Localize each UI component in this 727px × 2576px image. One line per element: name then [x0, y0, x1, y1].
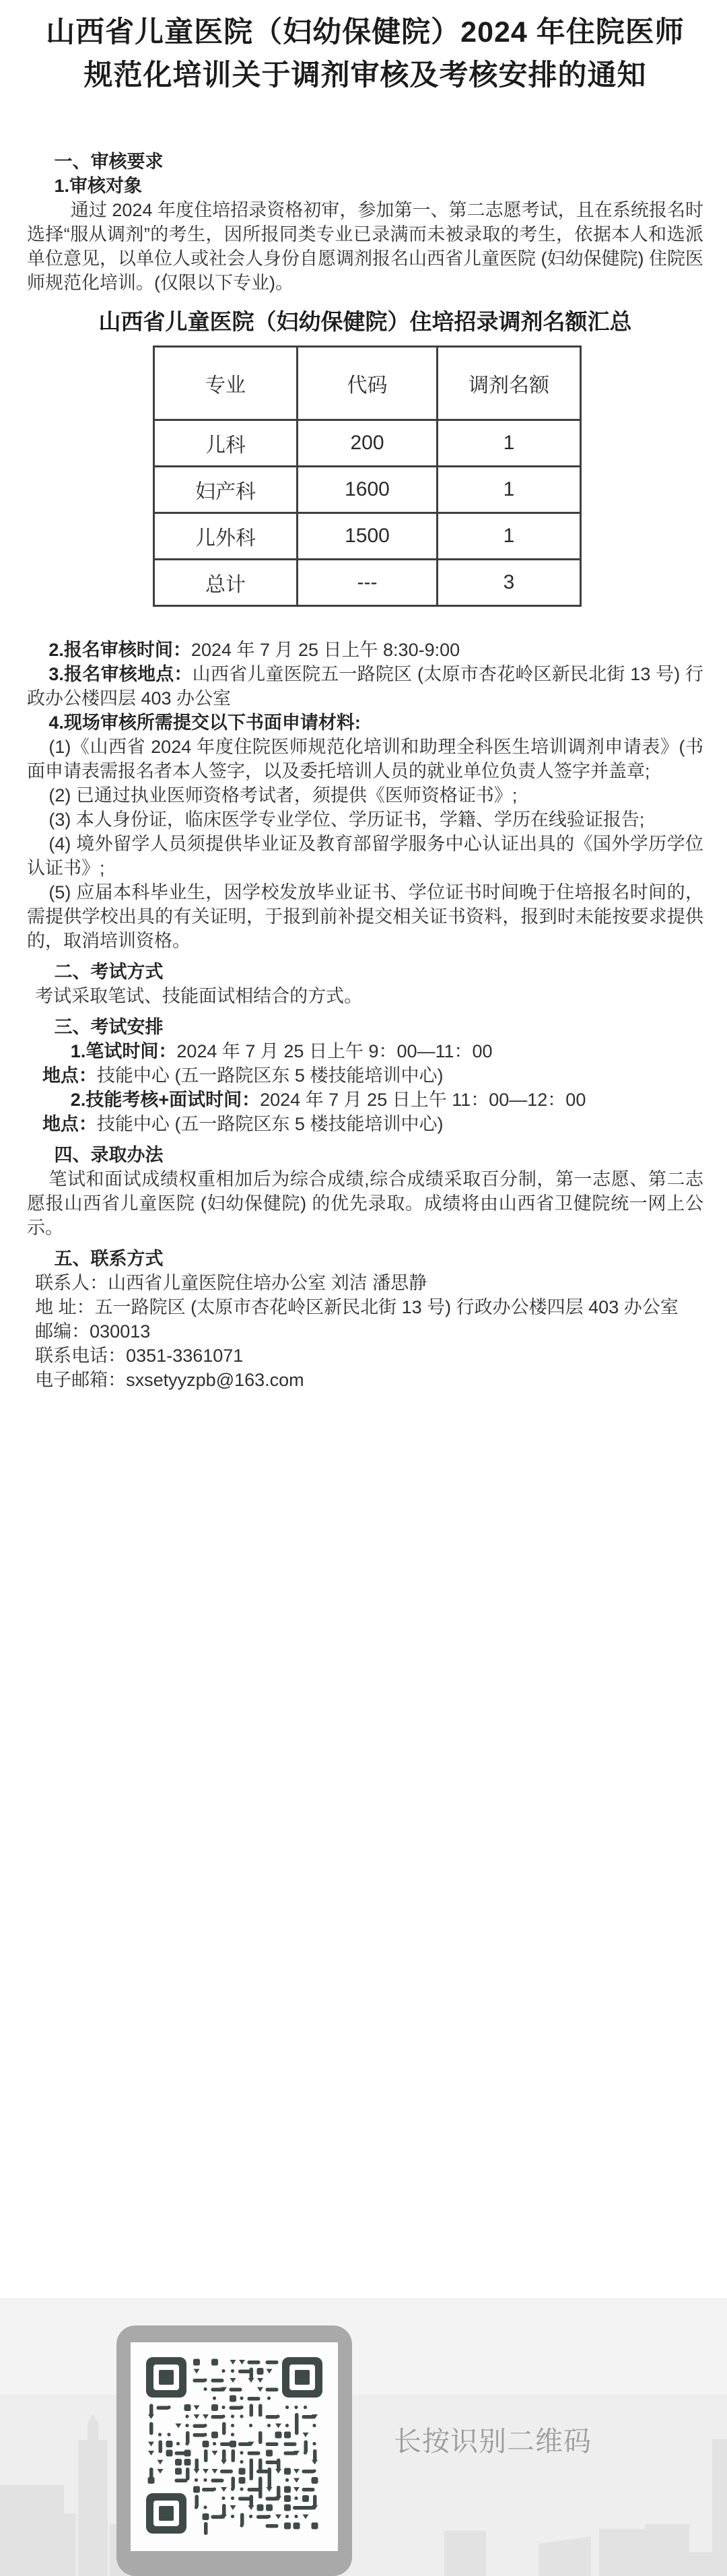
doc-paragraph: 地 址：五一路院区 (太原市杏花岭区新民北街 13 号) 行政办公楼四层 403… [27, 1295, 703, 1319]
qr-footer-banner: 长按识别二维码 [0, 2298, 727, 2576]
field-label: 2.报名审核时间： [48, 640, 191, 660]
doc-paragraph: 考试采取笔试、技能面试相结合的方式。 [27, 984, 703, 1008]
section-heading: 一、审核要求 [27, 150, 703, 174]
footer-top-band [0, 2298, 727, 2396]
section-heading: 二、考试方式 [27, 960, 703, 984]
field-text: 2024 年 7 月 25 日上午 9：00—11：00 [176, 1041, 492, 1061]
table-cell: 1600 [298, 467, 438, 513]
table-row: 儿科2001 [154, 420, 581, 467]
field-text: 2024 年 7 月 25 日上午 8:30-9:00 [191, 640, 460, 660]
field-text: 三、考试安排 [55, 1017, 164, 1037]
field-label: 2.技能考核+面试时间： [71, 1090, 260, 1110]
table-cell: 儿科 [154, 420, 298, 467]
table-cell: 3 [438, 560, 581, 606]
table-cell: 儿外科 [154, 513, 298, 560]
field-label: 地点： [42, 1065, 97, 1086]
table-header-quota: 调剂名额 [438, 347, 581, 420]
labeled-line: 4.现场审核所需提交以下书面申请材料: [27, 711, 703, 735]
table-cell: 1 [438, 420, 581, 467]
table-cell: 总计 [154, 560, 298, 606]
field-text: (2) 已通过执业医师资格考试者，须提供《医师资格证书》; [48, 785, 517, 805]
doc-paragraph: 联系电话：0351-3361071 [27, 1344, 703, 1368]
notice-sections: 2.报名审核时间：2024 年 7 月 25 日上午 8:30-9:003.报名… [27, 638, 703, 1392]
doc-paragraph: 笔试和面试成绩权重相加后为综合成绩,综合成绩采取百分制，第一志愿、第二志愿报山西… [27, 1167, 703, 1240]
table-row: 总计---3 [154, 560, 581, 606]
table-header-row: 专业 代码 调剂名额 [154, 347, 581, 420]
field-label: 地点： [42, 1114, 97, 1134]
section-heading: 1.审核对象 [27, 174, 703, 198]
section-heading: 五、联系方式 [27, 1247, 703, 1271]
field-text: 笔试和面试成绩权重相加后为综合成绩,综合成绩采取百分制，第一志愿、第二志愿报山西… [27, 1169, 703, 1238]
field-text: 考试采取笔试、技能面试相结合的方式。 [35, 986, 362, 1006]
field-text: 1.审核对象 [55, 176, 143, 196]
qr-code[interactable] [143, 2354, 325, 2536]
doc-paragraph: (2) 已通过执业医师资格考试者，须提供《医师资格证书》; [27, 783, 703, 807]
field-text: (4) 境外留学人员须提供毕业证及教育部留学服务中心认证出具的《国外学历学位认证… [27, 834, 703, 878]
doc-paragraph: (4) 境外留学人员须提供毕业证及教育部留学服务中心认证出具的《国外学历学位认证… [27, 832, 703, 880]
table-cell: 妇产科 [154, 467, 298, 513]
doc-paragraph: 电子邮箱：sxsetyyzpb@163.com [27, 1368, 703, 1392]
field-text: 技能中心 (五一路院区东 5 楼技能培训中心) [97, 1065, 444, 1086]
field-text: 邮编：030013 [35, 1321, 150, 1342]
field-text: (3) 本人身份证，临床医学专业学位、学历证书，学籍、学历在线验证报告; [48, 810, 644, 830]
section-heading: 三、考试安排 [27, 1015, 703, 1039]
intro-section: 一、审核要求1.审核对象通过 2024 年度住培招录资格初审，参加第一、第二志愿… [27, 150, 703, 295]
field-text: 五、联系方式 [55, 1249, 164, 1269]
labeled-line: 地点：技能中心 (五一路院区东 5 楼技能培训中心) [27, 1112, 703, 1136]
labeled-line: 3.报名审核地点：山西省儿童医院五一路院区 (太原市杏花岭区新民北街 13 号)… [27, 662, 703, 711]
table-row: 儿外科15001 [154, 513, 581, 560]
table-caption: 山西省儿童医院（妇幼保健院）住培招录调剂名额汇总 [27, 304, 703, 336]
field-text: 技能中心 (五一路院区东 5 楼技能培训中心) [97, 1114, 444, 1134]
doc-paragraph: (5) 应届本科毕业生，因学校发放毕业证书、学位证书时间晚于住培报名时间的，需提… [27, 880, 703, 953]
labeled-line: 2.报名审核时间：2024 年 7 月 25 日上午 8:30-9:00 [27, 638, 703, 662]
field-text: 四、录取办法 [55, 1145, 164, 1165]
doc-paragraph: 联系人：山西省儿童医院住培办公室 刘洁 潘思静 [27, 1271, 703, 1295]
page-title-line2: 规范化培训关于调剂审核及考核安排的通知 [27, 54, 703, 97]
page-title-line1: 山西省儿童医院（妇幼保健院）2024 年住院医师 [27, 11, 703, 54]
doc-paragraph: 邮编：030013 [27, 1319, 703, 1344]
table-header-code: 代码 [298, 347, 438, 420]
table-row: 妇产科16001 [154, 467, 581, 513]
doc-paragraph: (3) 本人身份证，临床医学专业学位、学历证书，学籍、学历在线验证报告; [27, 807, 703, 832]
table-cell: 1 [438, 513, 581, 560]
doc-paragraph: 通过 2024 年度住培招录资格初审，参加第一、第二志愿考试，且在系统报名时选择… [27, 198, 703, 295]
field-text: (1)《山西省 2024 年度住院医师规范化培训和助理全科医生培训调剂申请表》(… [27, 737, 703, 781]
field-text: 一、审核要求 [55, 152, 164, 172]
table-cell: 1500 [298, 513, 438, 560]
field-text: 通过 2024 年度住培招录资格初审，参加第一、第二志愿考试，且在系统报名时选择… [27, 200, 703, 293]
field-label: 3.报名审核地点： [48, 664, 192, 684]
section-heading: 四、录取办法 [27, 1143, 703, 1167]
field-text: 电子邮箱：sxsetyyzpb@163.com [35, 1370, 304, 1390]
notice-document: 山西省儿童医院（妇幼保健院）2024 年住院医师 规范化培训关于调剂审核及考核安… [0, 0, 727, 2298]
city-skyline-illustration [0, 2414, 727, 2576]
table-header-specialty: 专业 [154, 347, 298, 420]
table-cell: --- [298, 560, 438, 606]
quota-table: 专业 代码 调剂名额 儿科2001妇产科16001儿外科15001总计---3 [153, 345, 582, 607]
phone-screen [131, 2342, 338, 2551]
page-title: 山西省儿童医院（妇幼保健院）2024 年住院医师 规范化培训关于调剂审核及考核安… [27, 11, 703, 97]
phone-illustration [116, 2325, 352, 2576]
field-label: 4.现场审核所需提交以下书面申请材料: [48, 713, 361, 733]
field-text: 联系电话：0351-3361071 [35, 1346, 243, 1366]
field-text: 地 址：五一路院区 (太原市杏花岭区新民北街 13 号) 行政办公楼四层 403… [35, 1297, 679, 1317]
field-text: 联系人：山西省儿童医院住培办公室 刘洁 潘思静 [35, 1273, 427, 1293]
table-cell: 200 [298, 420, 438, 467]
labeled-line: 1.笔试时间：2024 年 7 月 25 日上午 9：00—11：00 [27, 1039, 703, 1063]
field-label: 1.笔试时间： [71, 1041, 177, 1061]
field-text: (5) 应届本科毕业生，因学校发放毕业证书、学位证书时间晚于住培报名时间的，需提… [27, 882, 703, 951]
table-cell: 1 [438, 467, 581, 513]
field-text: 2024 年 7 月 25 日上午 11：00—12：00 [260, 1090, 586, 1110]
field-text: 二、考试方式 [55, 962, 164, 982]
labeled-line: 地点：技能中心 (五一路院区东 5 楼技能培训中心) [27, 1063, 703, 1088]
doc-paragraph: (1)《山西省 2024 年度住院医师规范化培训和助理全科医生培训调剂申请表》(… [27, 735, 703, 783]
labeled-line: 2.技能考核+面试时间：2024 年 7 月 25 日上午 11：00—12：0… [27, 1088, 703, 1112]
qr-caption-text: 长按识别二维码 [394, 2424, 592, 2458]
